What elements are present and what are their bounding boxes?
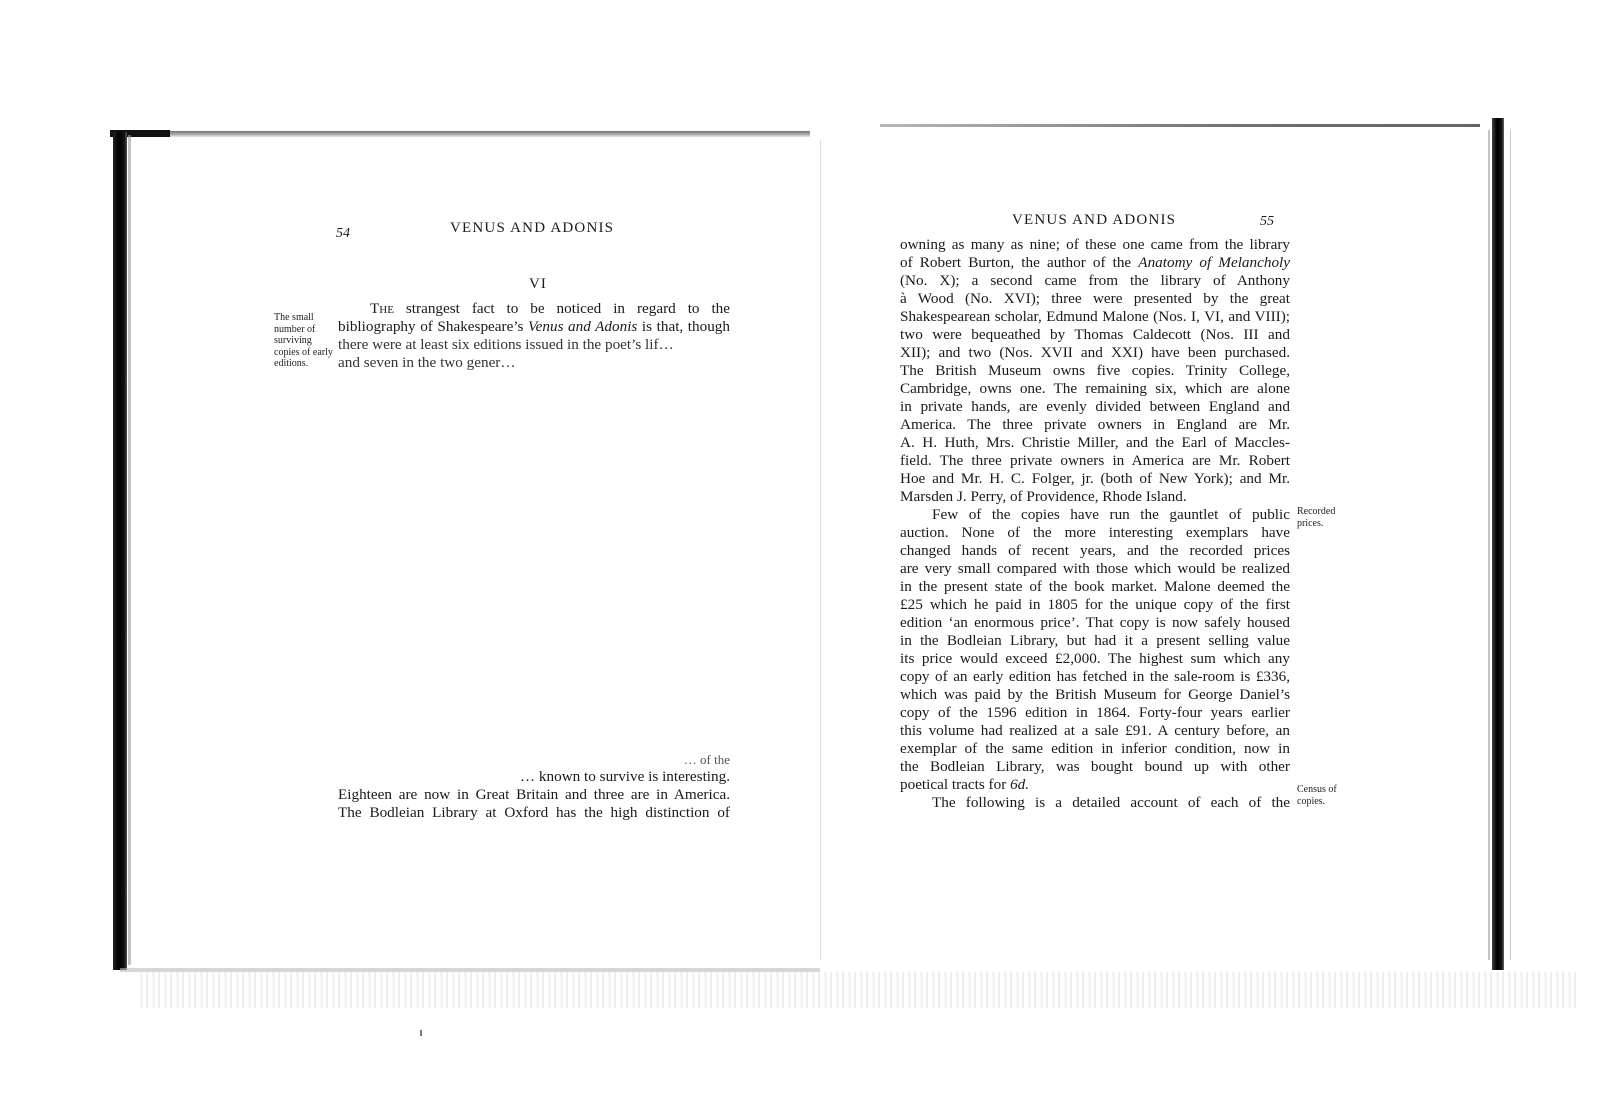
scan-bottom-noise xyxy=(140,972,1580,1008)
right-running-head: VENUS AND ADONIS xyxy=(1012,212,1176,229)
text-line: copy of an early edition has fetched in … xyxy=(900,668,1290,686)
text-line: in the present state of the book market.… xyxy=(900,578,1290,596)
text-line: changed hands of recent years, and the r… xyxy=(900,542,1290,560)
text-line-partial: … of the xyxy=(338,752,730,768)
text-line: in private hands, are evenly divided bet… xyxy=(900,398,1290,416)
text-line: Eighteen are now in Great Britain and th… xyxy=(338,786,730,804)
text-line: Few of the copies have run the gauntlet … xyxy=(900,506,1290,524)
text-line: XII); and two (Nos. XVII and XXI) have b… xyxy=(900,344,1290,362)
text-line: which was paid by the British Museum for… xyxy=(900,686,1290,704)
text-line: exemplar of the same edition in inferior… xyxy=(900,740,1290,758)
sidenote-census-of-copies: Census of copies. xyxy=(1297,784,1357,807)
right-cover-edge xyxy=(1492,118,1504,970)
text-line: (No. X); a second came from the library … xyxy=(900,272,1290,290)
text-line: bibliography of Shakespeare’s Venus and … xyxy=(338,318,730,336)
left-tail-paragraph: … of the … known to survive is interesti… xyxy=(338,752,730,822)
left-page-edge-line xyxy=(128,135,131,965)
left-page-number: 54 xyxy=(336,226,350,242)
text-line: Cambridge, owns one. The remaining six, … xyxy=(900,380,1290,398)
left-page-top-edge xyxy=(110,131,810,137)
left-opening-paragraph: The strangest fact to be noticed in rega… xyxy=(338,300,730,372)
text-line: of Robert Burton, the author of the Anat… xyxy=(900,254,1290,272)
text-line: America. The three private owners in Eng… xyxy=(900,416,1290,434)
text-line-partial: … known to survive is interesting. xyxy=(338,768,730,786)
text-line-partial: and seven in the two gener… xyxy=(338,354,730,372)
text-line: The British Museum owns five copies. Tri… xyxy=(900,362,1290,380)
text-line: £25 which he paid in 1805 for the unique… xyxy=(900,596,1290,614)
stray-mark xyxy=(420,1030,422,1036)
text-line-partial: there were at least six editions issued … xyxy=(338,336,730,354)
text-line: in the Bodleian Library, but had it a pr… xyxy=(900,632,1290,650)
text-line: The Bodleian Library at Oxford has the h… xyxy=(338,804,730,822)
text-line: à Wood (No. XVI); three were presented b… xyxy=(900,290,1290,308)
left-sidenote: The small number of surviving copies of … xyxy=(274,312,334,370)
chapter-heading: VI xyxy=(529,276,547,293)
text-line: its price would exceed £2,000. The highe… xyxy=(900,650,1290,668)
text-line: Shakespearean scholar, Edmund Malone (No… xyxy=(900,308,1290,326)
right-page-edge-line xyxy=(1488,130,1490,960)
left-cover-edge xyxy=(113,132,127,970)
text-line: The strangest fact to be noticed in rega… xyxy=(338,300,730,318)
text-line: this volume had realized at a sale £91. … xyxy=(900,722,1290,740)
right-page-number: 55 xyxy=(1260,214,1274,230)
text-line: edition ‘an enormous price’. That copy i… xyxy=(900,614,1290,632)
left-running-head: VENUS AND ADONIS xyxy=(450,220,614,237)
text-line: poetical tracts for 6d. xyxy=(900,776,1290,794)
text-line: copy of the 1596 edition in 1864. Forty-… xyxy=(900,704,1290,722)
text-line: are very small compared with those which… xyxy=(900,560,1290,578)
right-body-text: owning as many as nine; of these one cam… xyxy=(900,236,1290,812)
right-cover-outer-line xyxy=(1510,130,1511,960)
text-line: auction. None of the more interesting ex… xyxy=(900,524,1290,542)
text-line: A. H. Huth, Mrs. Christie Miller, and th… xyxy=(900,434,1290,452)
sidenote-recorded-prices: Recorded prices. xyxy=(1297,506,1357,529)
text-line: Marsden J. Perry, of Providence, Rhode I… xyxy=(900,488,1290,506)
text-line: Hoe and Mr. H. C. Folger, jr. (both of N… xyxy=(900,470,1290,488)
text-line: field. The three private owners in Ameri… xyxy=(900,452,1290,470)
text-line: two were bequeathed by Thomas Caldecott … xyxy=(900,326,1290,344)
text-line: The following is a detailed account of e… xyxy=(900,794,1290,812)
text-line: the Bodleian Library, was bought bound u… xyxy=(900,758,1290,776)
right-page-top-edge xyxy=(880,124,1480,127)
gutter-line xyxy=(820,140,821,960)
text-line: owning as many as nine; of these one cam… xyxy=(900,236,1290,254)
